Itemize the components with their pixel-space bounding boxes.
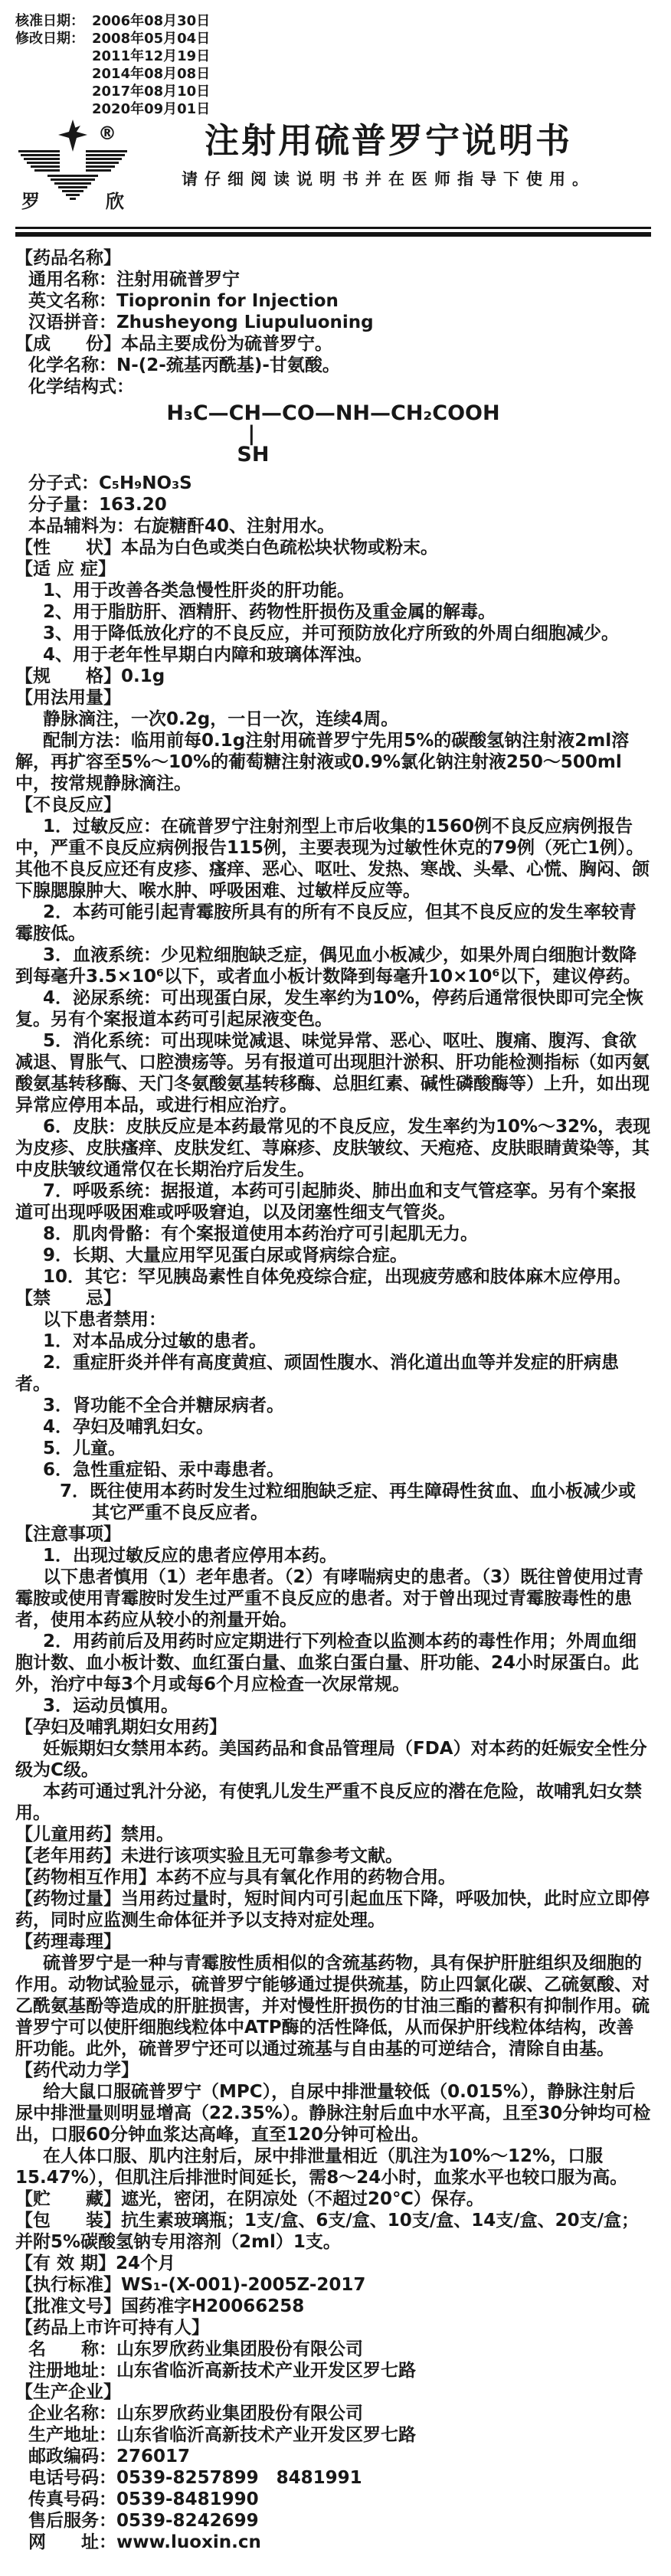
text-line: 1．过敏反应：在硫普罗宁注射剂型上市后收集的1560例不良反应病例报告中，严重不…	[15, 816, 651, 902]
section-inline-text: 本品主要成份为硫普罗宁。	[121, 334, 332, 354]
section-label: 【注意事项】	[15, 1524, 121, 1544]
section-row: 【药理毒理】	[15, 1931, 651, 1952]
revision-date-value: 2017年08月10日	[92, 83, 651, 100]
formula-line: H₃C—CH—CO—NH—CH₂COOH	[166, 402, 499, 425]
text-line: 本品辅料为：右旋糖酐40、注射用水。	[15, 516, 651, 537]
text-line: 3．血液系统：少见粒细胞缺乏症，偶见血小板减少，如果外周白细胞计数降到每毫升3.…	[15, 944, 651, 987]
star-icon	[58, 119, 87, 152]
text-line: 分子式：C₅H₉NO₃S	[15, 473, 651, 494]
text-line: 静脉滴注，一次0.2g，一日一次，连续4周。	[15, 709, 651, 730]
revision-date-value: 2014年08月08日	[92, 65, 651, 83]
text-line: 1．对本品成分过敏的患者。	[15, 1331, 651, 1352]
section-row: 【药物相互作用】本药不应与具有氧化作用的药物合用。	[15, 1867, 651, 1888]
revision-date-label: 修改日期：	[15, 30, 92, 47]
section-label: 【有 效 期】	[15, 2254, 116, 2273]
section-label: 【适 应 症】	[15, 559, 116, 579]
section-row: 【药品名称】	[15, 247, 651, 269]
text-line: 1、用于改善各类急慢性肝炎的肝功能。	[15, 580, 651, 601]
text-line: 3．运动员慎用。	[15, 1695, 651, 1717]
text-line: 注册地址：山东省临沂高新技术产业开发区罗七路	[15, 2360, 651, 2381]
section-inline-text: 本药不应与具有氧化作用的药物合用。	[156, 1867, 456, 1887]
registered-mark-icon: ®	[98, 123, 116, 144]
section-row: 【包 装】抗生素玻璃瓶；1支/盒、6支/盒、10支/盒、14支/盒、20支/盒；…	[15, 2210, 651, 2253]
section-row: 【儿童用药】禁用。	[15, 1824, 651, 1845]
header-divider	[15, 227, 651, 237]
approval-dates-block: 核准日期： 2006年08月30日 修改日期： 2008年05月04日 2011…	[15, 12, 651, 118]
text-line: 2．用药前后及用药时应定期进行下列检查以监测本药的毒性作用；外周血细胞计数、血小…	[15, 1631, 651, 1695]
section-row: 【规 格】0.1g	[15, 666, 651, 687]
revision-date-value: 2011年12月19日	[92, 47, 651, 65]
text-line: 1．出现过敏反应的患者应停用本药。	[15, 1545, 651, 1566]
section-label: 【药品名称】	[15, 248, 121, 268]
text-line: 电话号码：0539-8257899 8481991	[15, 2467, 651, 2489]
leaflet-page: 核准日期： 2006年08月30日 修改日期： 2008年05月04日 2011…	[0, 0, 671, 2576]
divider-thick-line	[15, 232, 651, 237]
header: ®	[15, 119, 651, 219]
text-line: 通用名称：注射用硫普罗宁	[15, 269, 651, 290]
section-row: 【禁 忌】	[15, 1288, 651, 1309]
section-label: 【孕妇及哺乳期妇女用药】	[15, 1717, 227, 1737]
divider-thin-line	[15, 227, 651, 229]
text-line: 分子量：163.20	[15, 494, 651, 516]
section-label: 【用法用量】	[15, 688, 121, 708]
text-line: 化学结构式：	[15, 376, 651, 398]
text-line: 以下患者禁用：	[15, 1309, 651, 1331]
section-inline-text: 本品为白色或类白色疏松块状物或粉末。	[121, 538, 438, 558]
text-line: 网 址：www.luoxin.cn	[15, 2532, 651, 2553]
section-row: 【生产企业】	[15, 2381, 651, 2403]
section-row: 【药代动力学】	[15, 2060, 651, 2081]
document-title: 注射用硫普罗宁说明书	[133, 121, 643, 161]
text-line: 2、用于脂肪肝、酒精肝、药物性肝损伤及重金属的解毒。	[15, 601, 651, 623]
section-row: 【执行标准】WS₁-(X-001)-2005Z-2017	[15, 2274, 651, 2296]
text-line: 邮政编码：276017	[15, 2446, 651, 2467]
section-label: 【药物过量】	[15, 1889, 121, 1909]
luoxin-logo: ®	[12, 119, 133, 219]
section-inline-text: 24个月	[116, 2254, 175, 2273]
text-line: 妊娠期妇女禁用本药。美国药品和食品管理局（FDA）对本药的妊娠安全性分级为C级。	[15, 1738, 651, 1781]
text-line: 10．其它：罕见胰岛素性自体免疫综合症，出现疲劳感和肢体麻木应停用。	[15, 1266, 651, 1288]
section-label: 【生产企业】	[15, 2382, 121, 2402]
text-line: 5．儿童。	[15, 1438, 651, 1459]
text-line: 2．重症肝炎并伴有高度黄疸、顽固性腹水、消化道出血等并发症的肝病患者。	[15, 1352, 651, 1395]
section-label: 【成 份】	[15, 334, 121, 354]
text-line: 6．急性重症铅、汞中毒患者。	[15, 1459, 651, 1481]
section-row: 【药品上市许可持有人】	[15, 2317, 651, 2339]
text-line: 5．消化系统：可出现味觉减退、味觉异常、恶心、呕吐、腹痛、腹泻、食欲减退、胃胀气…	[15, 1030, 651, 1116]
brand-char-left: 罗	[21, 191, 40, 212]
thiol-group: SH	[237, 444, 499, 466]
section-row: 【有 效 期】24个月	[15, 2253, 651, 2274]
text-line: 生产地址：山东省临沂高新技术产业开发区罗七路	[15, 2424, 651, 2446]
section-label: 【性 状】	[15, 538, 121, 558]
section-label: 【批准文号】	[15, 2296, 121, 2316]
revision-date-row: 修改日期： 2008年05月04日	[15, 30, 651, 47]
section-inline-text: 未进行该项实验且无可靠参考文献。	[121, 1846, 403, 1866]
section-row: 【药物过量】当用药过量时，短时间内可引起血压下降，呼吸加快，此时应立即停药，同时…	[15, 1888, 651, 1931]
bond-line: |	[247, 425, 499, 444]
text-line: 6．皮肤：皮肤反应是本药最常见的不良反应，发生率约为10%～32%，表现为皮疹、…	[15, 1116, 651, 1180]
section-label: 【不良反应】	[15, 795, 121, 815]
section-label: 【贮 藏】	[15, 2189, 121, 2209]
luoxin-logo-graphic: ®	[12, 119, 133, 216]
text-line: 硫普罗宁是一种与青霉胺性质相似的含巯基药物，具有保护肝脏组织及细胞的作用。动物试…	[15, 1952, 651, 2060]
text-line: 2．本药可能引起青霉胺所具有的所有不良反应，但其不良反应的发生率较青霉胺低。	[15, 902, 651, 944]
text-line: 8．肌肉骨骼：有个案报道使用本药治疗可引起肌无力。	[15, 1223, 651, 1245]
section-label: 【药理毒理】	[15, 1932, 121, 1952]
approval-date-row: 核准日期： 2006年08月30日	[15, 12, 651, 30]
section-row: 【用法用量】	[15, 687, 651, 709]
text-line: 4．孕妇及哺乳妇女。	[15, 1416, 651, 1438]
section-label: 【执行标准】	[15, 2275, 121, 2295]
section-label: 【老年用药】	[15, 1846, 121, 1866]
section-label: 【药品上市许可持有人】	[15, 2318, 209, 2338]
text-line: 名 称：山东罗欣药业集团股份有限公司	[15, 2339, 651, 2360]
section-label: 【规 格】	[15, 666, 121, 686]
approval-date-label: 核准日期：	[15, 12, 92, 30]
text-line: 4、用于老年性早期白内障和玻璃体浑浊。	[15, 644, 651, 666]
section-row: 【成 份】本品主要成份为硫普罗宁。	[15, 333, 651, 355]
text-line: 3、用于降低放化疗的不良反应，并可预防放化疗所致的外周白细胞减少。	[15, 623, 651, 644]
text-line: 给大鼠口服硫普罗宁（MPC），自尿中排泄量较低（0.015%），静脉注射后尿中排…	[15, 2081, 651, 2146]
revision-date-value: 2008年05月04日	[92, 30, 210, 47]
title-block: 注射用硫普罗宁说明书 请仔细阅读说明书并在医师指导下使用。	[133, 119, 651, 190]
text-line: 在人体口服、肌内注射后，尿中排泄量相近（肌注为10%～12%，口服15.47%）…	[15, 2146, 651, 2188]
text-line: 配制方法：临用前每0.1g注射用硫普罗宁先用5%的碳酸氢钠注射液2ml溶解，再扩…	[15, 730, 651, 794]
section-inline-text: 禁用。	[121, 1825, 174, 1844]
text-line: 3．肾功能不全合并糖尿病者。	[15, 1395, 651, 1416]
revision-date-value: 2020年09月01日	[92, 100, 651, 118]
section-row: 【老年用药】未进行该项实验且无可靠参考文献。	[15, 1845, 651, 1867]
section-row: 【孕妇及哺乳期妇女用药】	[15, 1717, 651, 1738]
text-line: 7．既往使用本药时发生过粒细胞缺乏症、再生障碍性贫血、血小板减少或其它严重不良反…	[15, 1481, 651, 1524]
section-inline-text: WS₁-(X-001)-2005Z-2017	[121, 2275, 365, 2295]
section-inline-text: 国药准字H20066258	[121, 2296, 304, 2316]
section-label: 【药物相互作用】	[15, 1867, 156, 1887]
brand-char-right: 欣	[106, 191, 124, 212]
section-label: 【药代动力学】	[15, 2060, 139, 2080]
section-row: 【批准文号】国药准字H20066258	[15, 2296, 651, 2317]
leaflet-body: 【药品名称】通用名称：注射用硫普罗宁英文名称：Tiopronin for Inj…	[15, 247, 651, 2553]
section-label: 【禁 忌】	[15, 1288, 121, 1308]
text-line: 英文名称：Tiopronin for Injection	[15, 290, 651, 312]
text-line: 传真号码：0539-8481990	[15, 2489, 651, 2510]
text-line: 4．泌尿系统：可出现蛋白尿，发生率约为10%，停药后通常很快即可完全恢复。另有个…	[15, 987, 651, 1030]
section-row: 【不良反应】	[15, 794, 651, 816]
chemical-structure: H₃C—CH—CO—NH—CH₂COOH|SH	[166, 402, 499, 466]
section-label: 【儿童用药】	[15, 1825, 121, 1844]
section-label: 【包 装】	[15, 2211, 121, 2231]
section-inline-text: 0.1g	[121, 666, 165, 686]
text-line: 汉语拼音：Zhusheyong Liupuluoning	[15, 312, 651, 333]
section-row: 【性 状】本品为白色或类白色疏松块状物或粉末。	[15, 537, 651, 558]
text-line: 本药可通过乳汁分泌，有使乳儿发生严重不良反应的潜在危险，故哺乳妇女禁用。	[15, 1781, 651, 1824]
text-line: 以下患者慎用（1）老年患者。（2）有哮喘病史的患者。（3）既往曾使用过青霉胺或使…	[15, 1566, 651, 1631]
text-line: 9．长期、大量应用罕见蛋白尿或肾病综合症。	[15, 1245, 651, 1266]
section-row: 【贮 藏】遮光，密闭，在阴凉处（不超过20℃）保存。	[15, 2188, 651, 2210]
document-subtitle: 请仔细阅读说明书并在医师指导下使用。	[133, 167, 643, 190]
text-line: 化学名称：N-(2-巯基丙酰基)-甘氨酸。	[15, 355, 651, 376]
text-line: 售后服务：0539-8242699	[15, 2510, 651, 2532]
text-line: 7．呼吸系统：据报道，本药可引起肺炎、肺出血和支气管痉挛。另有个案报道可出现呼吸…	[15, 1180, 651, 1223]
text-line: 企业名称：山东罗欣药业集团股份有限公司	[15, 2403, 651, 2424]
section-row: 【注意事项】	[15, 1524, 651, 1545]
section-row: 【适 应 症】	[15, 558, 651, 580]
section-inline-text: 遮光，密闭，在阴凉处（不超过20℃）保存。	[121, 2189, 484, 2209]
approval-date-value: 2006年08月30日	[92, 12, 210, 30]
